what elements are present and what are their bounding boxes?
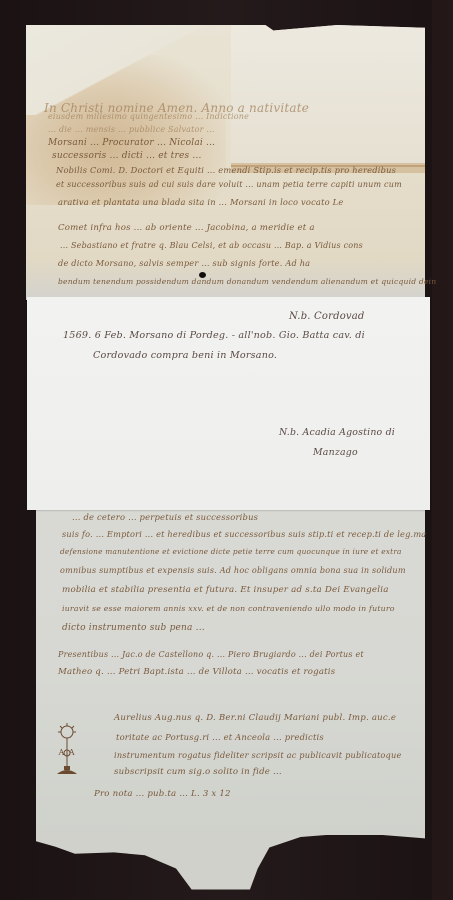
notary-line: Aurelius Aug.nus q. D. Ber.ni Claudij Ma… [114, 714, 396, 723]
label-line-description: Cordovado compra beni in Morsano. [93, 351, 277, 361]
manuscript-line: suis fo. ... Emptori ... et heredibus et… [62, 530, 426, 538]
manuscript-line: mobilia et stabilia presentia et futura.… [62, 586, 389, 595]
manuscript-line: eiusdem millesimo quingentesimo ... Indi… [48, 113, 249, 121]
signum-initials: A A [43, 748, 91, 757]
manuscript-line: ... die ... mensis ... pubblice Salvator… [48, 126, 215, 134]
manuscript-line: bendum tenendum possidendum dandum donan… [58, 278, 436, 286]
notary-signum: A A [43, 722, 91, 782]
archival-label: N.b. Cordovad 1569. 6 Feb. Morsano di Po… [27, 297, 430, 510]
manuscript-line: Matheo q. ... Petri Bapt.ista ... de Vil… [58, 668, 335, 677]
notary-line: instrumentum rogatus fideliter scripsit … [114, 751, 402, 759]
manuscript-line: ... de cetero ... perpetuis et successor… [72, 513, 258, 521]
manuscript-line: arativa et plantata una blada sita in ..… [58, 198, 343, 206]
manuscript-line: successoris ... dicti ... et tres ... [52, 152, 202, 161]
right-edge-band [432, 0, 453, 900]
manuscript-line: Morsani ... Procurator ... Nicolai ... [48, 139, 215, 148]
manuscript-line: Nobilis Comi. D. Doctori et Equiti ... e… [56, 166, 396, 174]
label-note-top-right: N.b. Cordovad [289, 312, 365, 322]
manuscript-line: de dicto Morsano, salvis semper ... sub … [58, 259, 310, 267]
patched-paper-piece [231, 25, 425, 167]
manuscript-line: et successoribus suis ad cui suis dare v… [56, 181, 402, 189]
manuscript-line: ... Sebastiano et fratre q. Blau Celsi, … [60, 242, 363, 250]
notary-line: subscripsit cum sig.o solito in fide ... [114, 768, 282, 777]
manuscript-line: defensione manutentione et evictione dic… [60, 548, 402, 555]
notary-line: toritate ac Portusg.ri ... et Anceola ..… [116, 733, 324, 741]
manuscript-line: omnibus sumptibus et expensis suis. Ad h… [60, 566, 406, 574]
manuscript-line: dicto instrumento sub pena ... [62, 624, 205, 633]
label-line-date-title: 1569. 6 Feb. Morsano di Pordeg. - all'no… [63, 331, 365, 341]
manuscript-line: Comet infra hos ... ab oriente ... Jacob… [58, 224, 315, 233]
manuscript-line: Presentibus ... Jac.o de Castellono q. .… [58, 651, 364, 659]
label-note-bottom-right-2: Manzago [313, 448, 358, 457]
fee-note: Pro nota ... pub.ta ... L. 3 x 12 [94, 790, 231, 799]
worm-hole [199, 272, 206, 278]
manuscript-line: iuravit se esse maiorem annis xxv. et de… [62, 605, 395, 613]
label-note-bottom-right: N.b. Acadia Agostino di [279, 428, 395, 437]
